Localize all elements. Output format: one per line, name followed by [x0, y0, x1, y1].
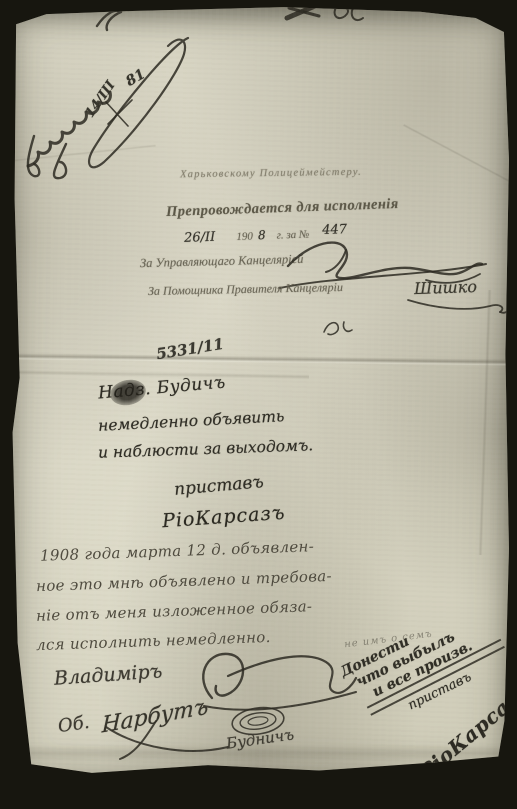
crease-diagonal-right	[403, 124, 517, 188]
resolution-line-2: немедленно объявить	[98, 407, 285, 435]
acknowledgement-line-1: 1908 года марта 12 д. объявлен-	[40, 537, 315, 565]
corner-flourish	[20, 16, 220, 181]
document-paper: 14/ІІІ 81 Харьковскому Полицеймейстеру. …	[6, 4, 511, 783]
acknowledgement-line-2: ное это мнѣ объявлено и требова-	[36, 567, 332, 595]
stamp-forwarding-line: Препровождается для исполненія	[166, 196, 399, 221]
small-pen-mark	[318, 314, 358, 340]
handwritten-year-digit: 8	[258, 228, 266, 242]
photograph-frame: 14/ІІІ 81 Харьковскому Полицеймейстеру. …	[0, 0, 517, 809]
resolution-line-4: приставъ	[173, 472, 264, 500]
assistant-signature-flourish	[406, 292, 511, 318]
signature-first-name: Владиміръ	[53, 660, 163, 690]
acknowledgement-line-3: ніе отъ меня изложенное обяза-	[36, 597, 313, 625]
fold-crease-main	[6, 353, 511, 366]
resolution-signature: РіоКарсазъ	[161, 502, 286, 533]
stamp-addressee: Харьковскому Полицеймейстеру.	[156, 166, 386, 180]
stamp-year: 190	[236, 230, 253, 243]
witness-prefix: Об.	[57, 712, 91, 737]
resolution-line-3: и наблюсти за выходомъ.	[98, 436, 314, 462]
docket-number: 5331/11	[155, 335, 225, 363]
stamp-for-assistant: За Помощника Правителя Канцеляріи	[148, 280, 343, 299]
crease-vertical-right	[478, 290, 491, 555]
handwritten-date: 26/ІІ	[184, 230, 216, 246]
witness-signature-tail	[96, 719, 236, 764]
